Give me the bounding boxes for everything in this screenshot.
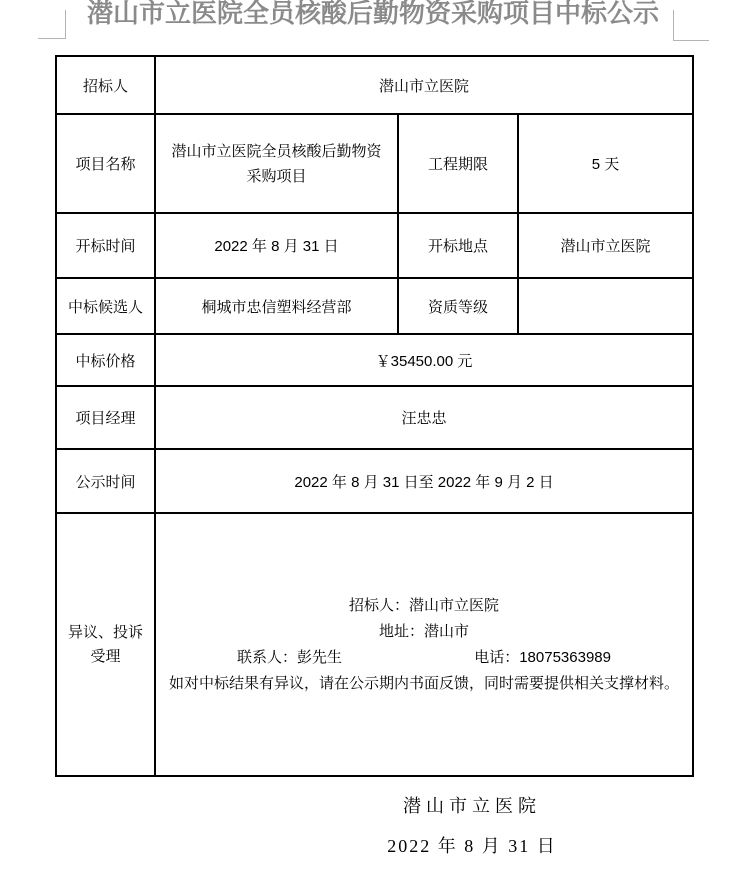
table-row: 公示时间 2022 年 8 月 31 日至 2022 年 9 月 2 日	[56, 449, 693, 513]
candidate-value-cell: 桐城市忠信塑料经营部	[155, 278, 398, 334]
manager-label-cell: 项目经理	[56, 386, 155, 449]
objection-contact-phone: 电话：18075363989	[474, 649, 611, 666]
bidder-value-cell: 潜山市立医院	[155, 56, 693, 114]
qualification-label-cell: 资质等级	[398, 278, 518, 334]
table-row: 开标时间 2022 年 8 月 31 日 开标地点 潜山市立医院	[56, 213, 693, 278]
candidate-label-cell: 中标候选人	[56, 278, 155, 334]
footer-date: 2022 年 8 月 31 日	[387, 832, 557, 858]
table-row: 异议、投诉受理 招标人：潜山市立医院 地址：潜山市 联系人：彭先生 电话：180…	[56, 513, 693, 776]
opening-place-value-cell: 潜山市立医院	[518, 213, 693, 278]
notice-table: 招标人 潜山市立医院 项目名称 潜山市立医院全员核酸后勤物资采购项目 工程期限 …	[55, 55, 694, 777]
table-row: 项目名称 潜山市立医院全员核酸后勤物资采购项目 工程期限 5 天	[56, 114, 693, 213]
table-row: 中标价格 ￥35450.00 元	[56, 334, 693, 386]
price-value-cell: ￥35450.00 元	[155, 334, 693, 386]
objection-value-cell: 招标人：潜山市立医院 地址：潜山市 联系人：彭先生 电话：18075363989…	[155, 513, 693, 776]
project-name-value-cell: 潜山市立医院全员核酸后勤物资采购项目	[155, 114, 398, 213]
qualification-value-cell	[518, 278, 693, 334]
opening-time-label-cell: 开标时间	[56, 213, 155, 278]
footer-organization: 潜山市立医院	[387, 792, 557, 818]
manager-value-cell: 汪忠忠	[155, 386, 693, 449]
publicity-time-value-cell: 2022 年 8 月 31 日至 2022 年 9 月 2 日	[155, 449, 693, 513]
opening-time-value-cell: 2022 年 8 月 31 日	[155, 213, 398, 278]
objection-contact-line: 联系人：彭先生 电话：18075363989	[158, 645, 690, 671]
bidder-label-cell: 招标人	[56, 56, 155, 114]
objection-contact-name: 联系人：彭先生	[237, 649, 342, 666]
objection-label-text: 异议、投诉受理	[64, 621, 148, 669]
project-name-text: 潜山市立医院全员核酸后勤物资采购项目	[170, 139, 384, 189]
project-duration-value-cell: 5 天	[518, 114, 693, 213]
opening-place-label-cell: 开标地点	[398, 213, 518, 278]
table-row: 招标人 潜山市立医院	[56, 56, 693, 114]
objection-note-line: 如对中标结果有异议，请在公示期内书面反馈，同时需要提供相关支撑材料。	[158, 671, 690, 697]
project-duration-label-cell: 工程期限	[398, 114, 518, 213]
project-name-label-cell: 项目名称	[56, 114, 155, 213]
publicity-time-label-cell: 公示时间	[56, 449, 155, 513]
objection-bidder-line: 招标人：潜山市立医院	[158, 593, 690, 619]
page-title: 潜山市立医院全员核酸后勤物资采购项目中标公示	[0, 0, 746, 30]
table-row: 中标候选人 桐城市忠信塑料经营部 资质等级	[56, 278, 693, 334]
footer-signature: 潜山市立医院 2022 年 8 月 31 日	[387, 792, 557, 858]
objection-address-line: 地址：潜山市	[158, 619, 690, 645]
objection-label-cell: 异议、投诉受理	[56, 513, 155, 776]
price-label-cell: 中标价格	[56, 334, 155, 386]
table-row: 项目经理 汪忠忠	[56, 386, 693, 449]
